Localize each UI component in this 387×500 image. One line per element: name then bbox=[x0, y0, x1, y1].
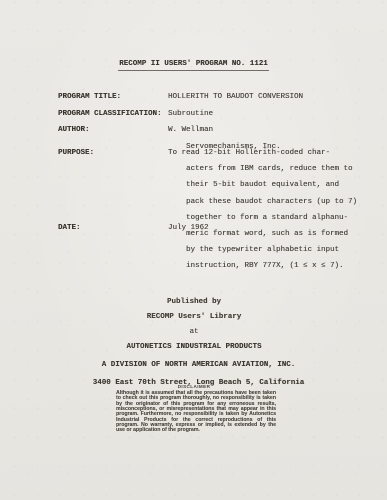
field-value-program-title: HOLLERITH TO BAUDOT CONVERSION bbox=[168, 93, 303, 101]
document-header: RECOMP II USERS' PROGRAM NO. 1121 bbox=[0, 60, 387, 71]
field-label-author: AUTHOR: bbox=[58, 126, 90, 135]
scanned-document-page: RECOMP II USERS' PROGRAM NO. 1121 PROGRA… bbox=[0, 0, 387, 500]
published-by-line: Published by bbox=[4, 298, 384, 306]
field-value-date: July 1962 bbox=[168, 224, 209, 232]
field-value-purpose: To read 12-bit Hollerith-coded char- act… bbox=[168, 149, 357, 270]
page-title: RECOMP II USERS' PROGRAM NO. 1121 bbox=[118, 60, 269, 71]
author-name: W. Wellman bbox=[168, 126, 213, 134]
publisher-division: A DIVISION OF NORTH AMERICAN AVIATION, I… bbox=[102, 361, 296, 369]
purpose-line: by the typewriter alphabetic input bbox=[186, 246, 339, 254]
purpose-line: their 5-bit baudot equivalent, and bbox=[186, 181, 339, 189]
publisher-name: AUTONETICS INDUSTRIAL PRODUCTS bbox=[126, 343, 261, 351]
publisher-address-block: AUTONETICS INDUSTRIAL PRODUCTS A DIVISIO… bbox=[4, 343, 384, 388]
disclaimer-heading: DISCLAIMER bbox=[4, 384, 384, 389]
at-line: at bbox=[4, 328, 384, 336]
disclaimer-text: Although it is assumed that all the prec… bbox=[116, 391, 276, 434]
field-value-author: W. Wellman Servomechanisms, Inc. bbox=[168, 126, 281, 152]
field-label-purpose: PURPOSE: bbox=[58, 149, 94, 157]
field-label-program-classification: PROGRAM CLASSIFICATION: bbox=[58, 110, 162, 118]
field-label-program-title: PROGRAM TITLE: bbox=[58, 93, 121, 101]
recomp-users-library-line: RECOMP Users' Library bbox=[4, 313, 384, 321]
purpose-line: together to form a standard alphanu- bbox=[186, 214, 348, 222]
purpose-line: meric format word, such as is formed bbox=[186, 230, 348, 238]
purpose-line: pack these baudot characters (up to 7) bbox=[186, 198, 357, 206]
purpose-line: To read 12-bit Hollerith-coded char- bbox=[168, 149, 330, 157]
field-value-program-classification: Subroutine bbox=[168, 110, 213, 118]
field-label-date: DATE: bbox=[58, 224, 81, 232]
purpose-line: instruction, RBY 777X, (1 ≤ x ≤ 7). bbox=[186, 262, 344, 270]
purpose-line: acters from IBM cards, reduce them to bbox=[186, 165, 353, 173]
